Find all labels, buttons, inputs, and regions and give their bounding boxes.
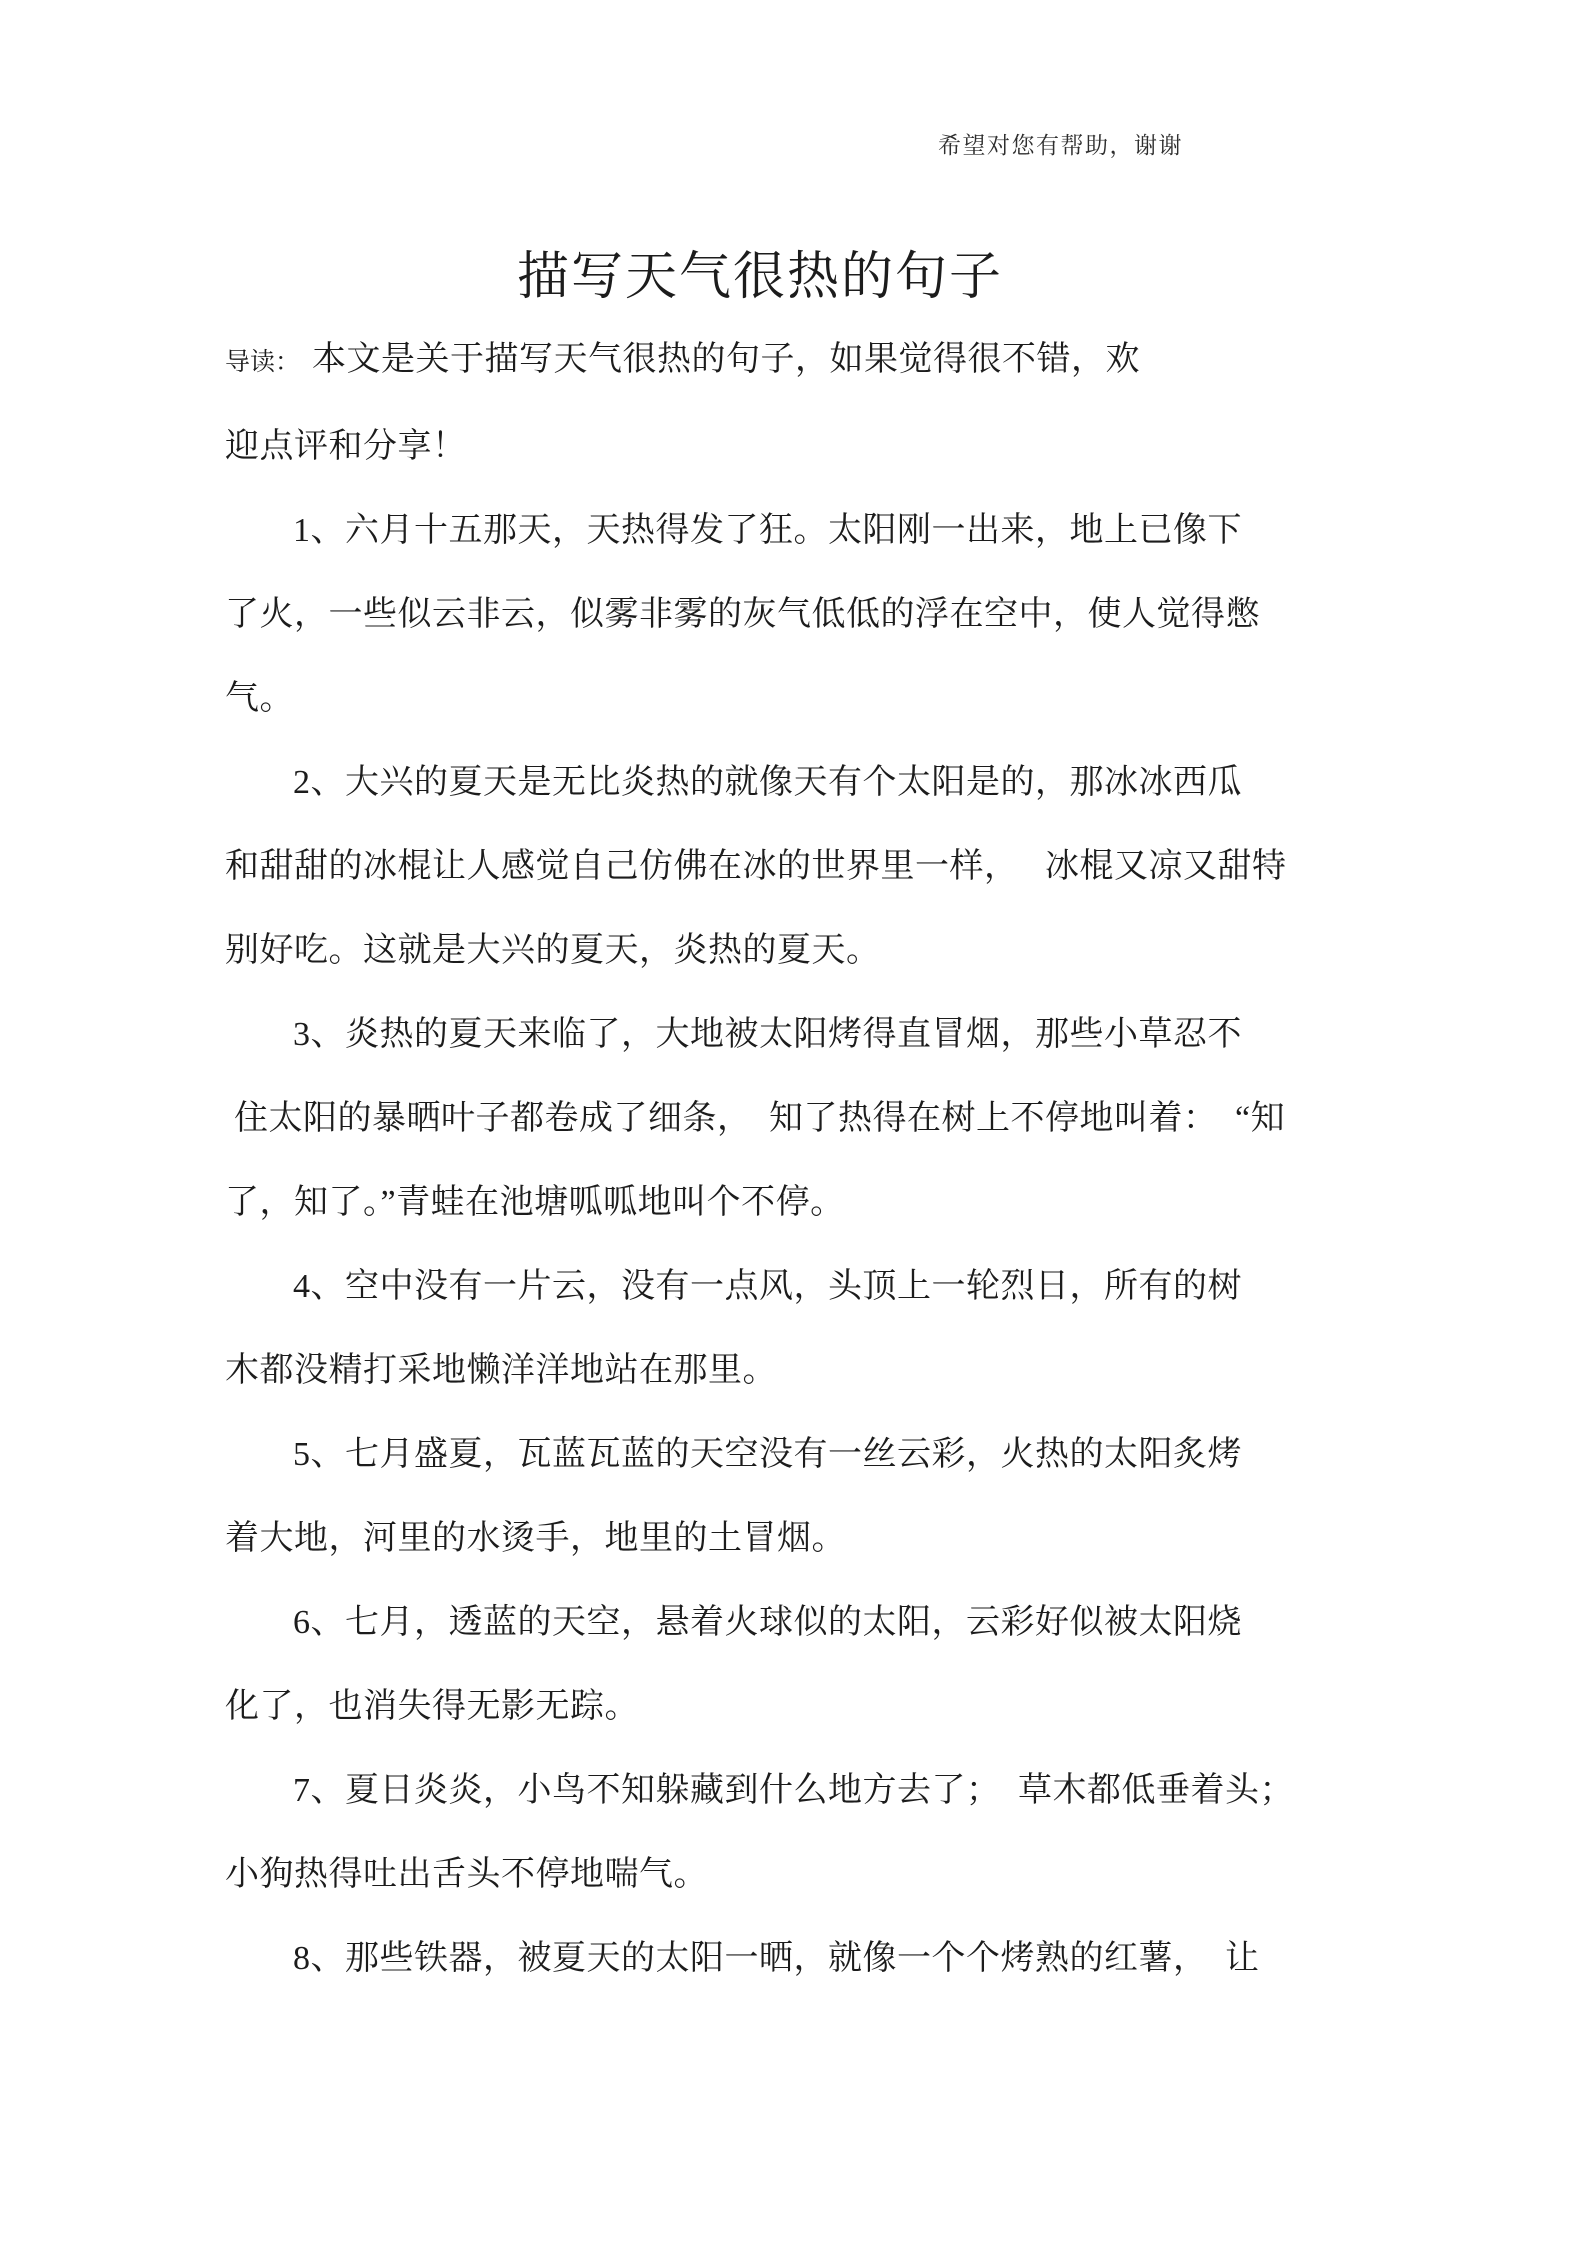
paragraph-line: 4、空中没有一片云，没有一点风，头顶上一轮烈日，所有的树 bbox=[225, 1245, 1295, 1329]
paragraph-line: 气。 bbox=[225, 657, 1295, 741]
paragraph-line: 木都没精打采地懒洋洋地站在那里。 bbox=[225, 1329, 1295, 1413]
paragraph-line: 了，知了。”青蛙在池塘呱呱地叫个不停。 bbox=[225, 1161, 1295, 1245]
paragraph-line: 2、大兴的夏天是无比炎热的就像天有个太阳是的，那冰冰西瓜 bbox=[225, 741, 1295, 825]
paragraph-line: 7、夏日炎炎，小鸟不知躲藏到什么地方去了； 草木都低垂着头； bbox=[225, 1749, 1295, 1833]
lead-line: 导读：本文是关于描写天气很热的句子，如果觉得很不错，欢 bbox=[225, 318, 1295, 405]
paragraph-line: 3、炎热的夏天来临了，大地被太阳烤得直冒烟，那些小草忍不 bbox=[225, 993, 1295, 1077]
paragraph: 6、七月，透蓝的天空，悬着火球似的太阳，云彩好似被太阳烧 化了，也消失得无影无踪… bbox=[225, 1581, 1295, 1749]
paragraph-line: 化了，也消失得无影无踪。 bbox=[225, 1665, 1295, 1749]
paragraph-line: 8、那些铁器，被夏天的太阳一晒，就像一个个烤熟的红薯， 让 bbox=[225, 1917, 1295, 2001]
page-title: 描写天气很热的句子 bbox=[225, 238, 1295, 318]
document-body: 描写天气很热的句子 导读：本文是关于描写天气很热的句子，如果觉得很不错，欢 迎点… bbox=[225, 238, 1295, 2001]
paragraph-line: 了火，一些似云非云，似雾非雾的灰气低低的浮在空中，使人觉得憋 bbox=[225, 573, 1295, 657]
paragraph: 2、大兴的夏天是无比炎热的就像天有个太阳是的，那冰冰西瓜 和甜甜的冰棍让人感觉自… bbox=[225, 741, 1295, 993]
paragraph-line: 着大地，河里的水烫手，地里的土冒烟。 bbox=[225, 1497, 1295, 1581]
paragraph-line: 住太阳的暴晒叶子都卷成了细条， 知了热得在树上不停地叫着： “知 bbox=[225, 1077, 1295, 1161]
paragraph: 5、七月盛夏，瓦蓝瓦蓝的天空没有一丝云彩，火热的太阳炙烤 着大地，河里的水烫手，… bbox=[225, 1413, 1295, 1581]
paragraph: 3、炎热的夏天来临了，大地被太阳烤得直冒烟，那些小草忍不 住太阳的暴晒叶子都卷成… bbox=[225, 993, 1295, 1245]
paragraph-line: 和甜甜的冰棍让人感觉自己仿佛在冰的世界里一样， 冰棍又凉又甜特 bbox=[225, 825, 1295, 909]
lead-paragraph: 导读：本文是关于描写天气很热的句子，如果觉得很不错，欢 迎点评和分享！ bbox=[225, 318, 1295, 489]
paragraph-line: 小狗热得吐出舌头不停地喘气。 bbox=[225, 1833, 1295, 1917]
paragraph: 1、六月十五那天，天热得发了狂。太阳刚一出来，地上已像下 了火，一些似云非云，似… bbox=[225, 489, 1295, 741]
paragraph-line: 别好吃。这就是大兴的夏天，炎热的夏天。 bbox=[225, 909, 1295, 993]
lead-line: 迎点评和分享！ bbox=[225, 405, 1295, 489]
paragraph: 7、夏日炎炎，小鸟不知躲藏到什么地方去了； 草木都低垂着头； 小狗热得吐出舌头不… bbox=[225, 1749, 1295, 1917]
lead-text: 本文是关于描写天气很热的句子，如果觉得很不错，欢 bbox=[312, 341, 1140, 378]
document-page: 希望对您有帮助，谢谢 描写天气很热的句子 导读：本文是关于描写天气很热的句子，如… bbox=[0, 0, 1594, 2255]
header-note: 希望对您有帮助，谢谢 bbox=[938, 127, 1183, 160]
lead-label: 导读： bbox=[225, 349, 300, 376]
paragraph: 4、空中没有一片云，没有一点风，头顶上一轮烈日，所有的树 木都没精打采地懒洋洋地… bbox=[225, 1245, 1295, 1413]
paragraph-line: 1、六月十五那天，天热得发了狂。太阳刚一出来，地上已像下 bbox=[225, 489, 1295, 573]
paragraph-line: 5、七月盛夏，瓦蓝瓦蓝的天空没有一丝云彩，火热的太阳炙烤 bbox=[225, 1413, 1295, 1497]
paragraph-line: 6、七月，透蓝的天空，悬着火球似的太阳，云彩好似被太阳烧 bbox=[225, 1581, 1295, 1665]
paragraph: 8、那些铁器，被夏天的太阳一晒，就像一个个烤熟的红薯， 让 bbox=[225, 1917, 1295, 2001]
